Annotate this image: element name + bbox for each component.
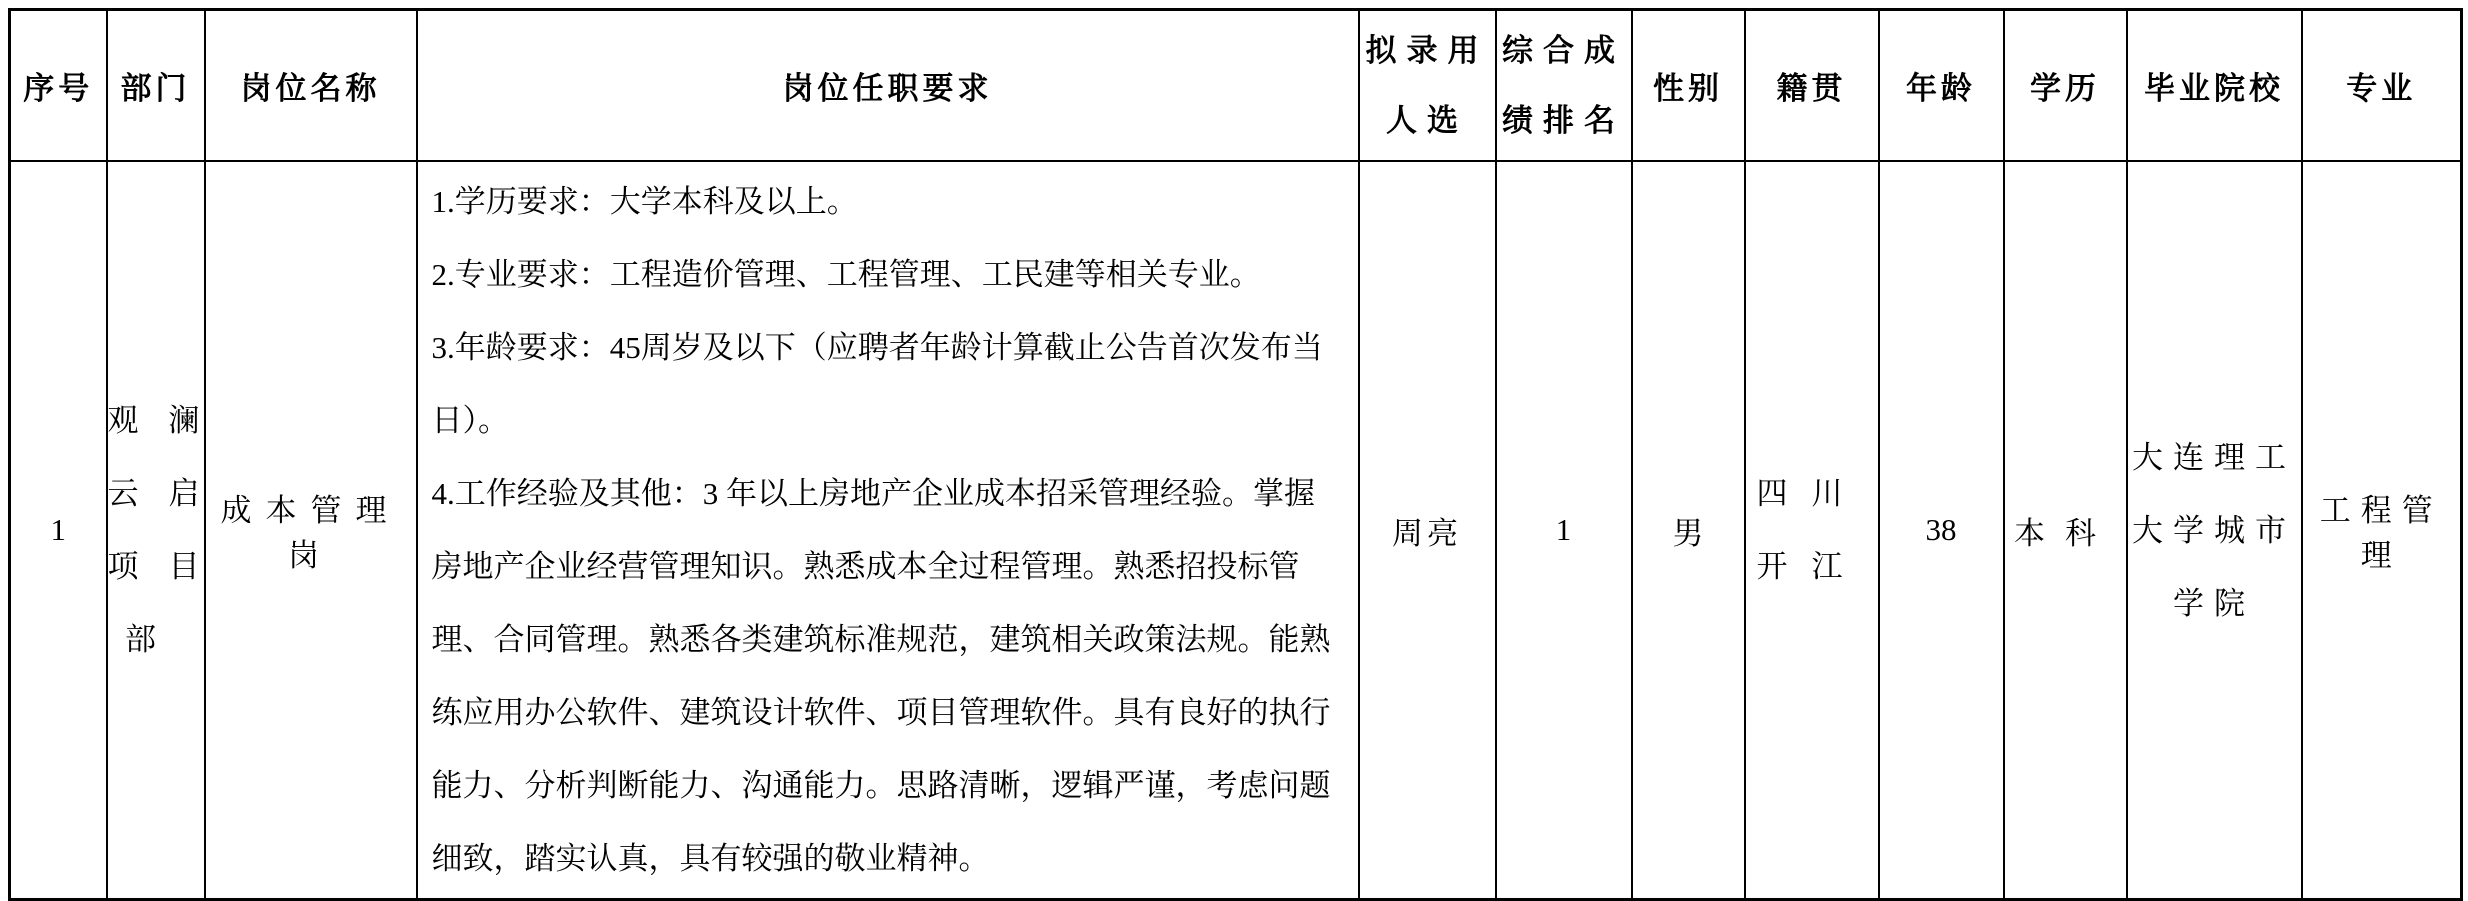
cell-department: 观澜云启项目部 xyxy=(107,161,205,900)
recruitment-table-container: 序号 部门 岗位名称 岗位任职要求 拟录用人选 综合成绩排名 性别 籍贯 年龄 … xyxy=(8,8,2463,901)
cell-requirements: 1.学历要求：大学本科及以上。2.专业要求：工程造价管理、工程管理、工民建等相关… xyxy=(417,161,1359,900)
cell-major: 工程管理 xyxy=(2302,161,2462,900)
header-row: 序号 部门 岗位名称 岗位任职要求 拟录用人选 综合成绩排名 性别 籍贯 年龄 … xyxy=(10,10,2462,162)
cell-graduate-school: 大连理工大学城市学院 xyxy=(2127,161,2302,900)
cell-age: 38 xyxy=(1879,161,2004,900)
cell-seq: 1 xyxy=(10,161,107,900)
header-position: 岗位名称 xyxy=(205,10,417,162)
recruitment-table: 序号 部门 岗位名称 岗位任职要求 拟录用人选 综合成绩排名 性别 籍贯 年龄 … xyxy=(8,8,2463,901)
header-proposed-candidate: 拟录用人选 xyxy=(1359,10,1496,162)
header-graduate-school: 毕业院校 xyxy=(2127,10,2302,162)
header-gender: 性别 xyxy=(1632,10,1745,162)
cell-gender: 男 xyxy=(1632,161,1745,900)
header-requirements: 岗位任职要求 xyxy=(417,10,1359,162)
header-age: 年龄 xyxy=(1879,10,2004,162)
header-major: 专业 xyxy=(2302,10,2462,162)
cell-score-rank: 1 xyxy=(1496,161,1632,900)
header-department: 部门 xyxy=(107,10,205,162)
header-education: 学历 xyxy=(2004,10,2127,162)
cell-native-place: 四川开江 xyxy=(1745,161,1879,900)
header-native-place: 籍贯 xyxy=(1745,10,1879,162)
cell-position: 成本管理岗 xyxy=(205,161,417,900)
header-score-rank: 综合成绩排名 xyxy=(1496,10,1632,162)
header-seq: 序号 xyxy=(10,10,107,162)
cell-proposed-candidate: 周亮 xyxy=(1359,161,1496,900)
table-row: 1 观澜云启项目部 成本管理岗 1.学历要求：大学本科及以上。2.专业要求：工程… xyxy=(10,161,2462,900)
requirements-text: 1.学历要求：大学本科及以上。2.专业要求：工程造价管理、工程管理、工民建等相关… xyxy=(418,165,1358,895)
cell-education: 本科 xyxy=(2004,161,2127,900)
